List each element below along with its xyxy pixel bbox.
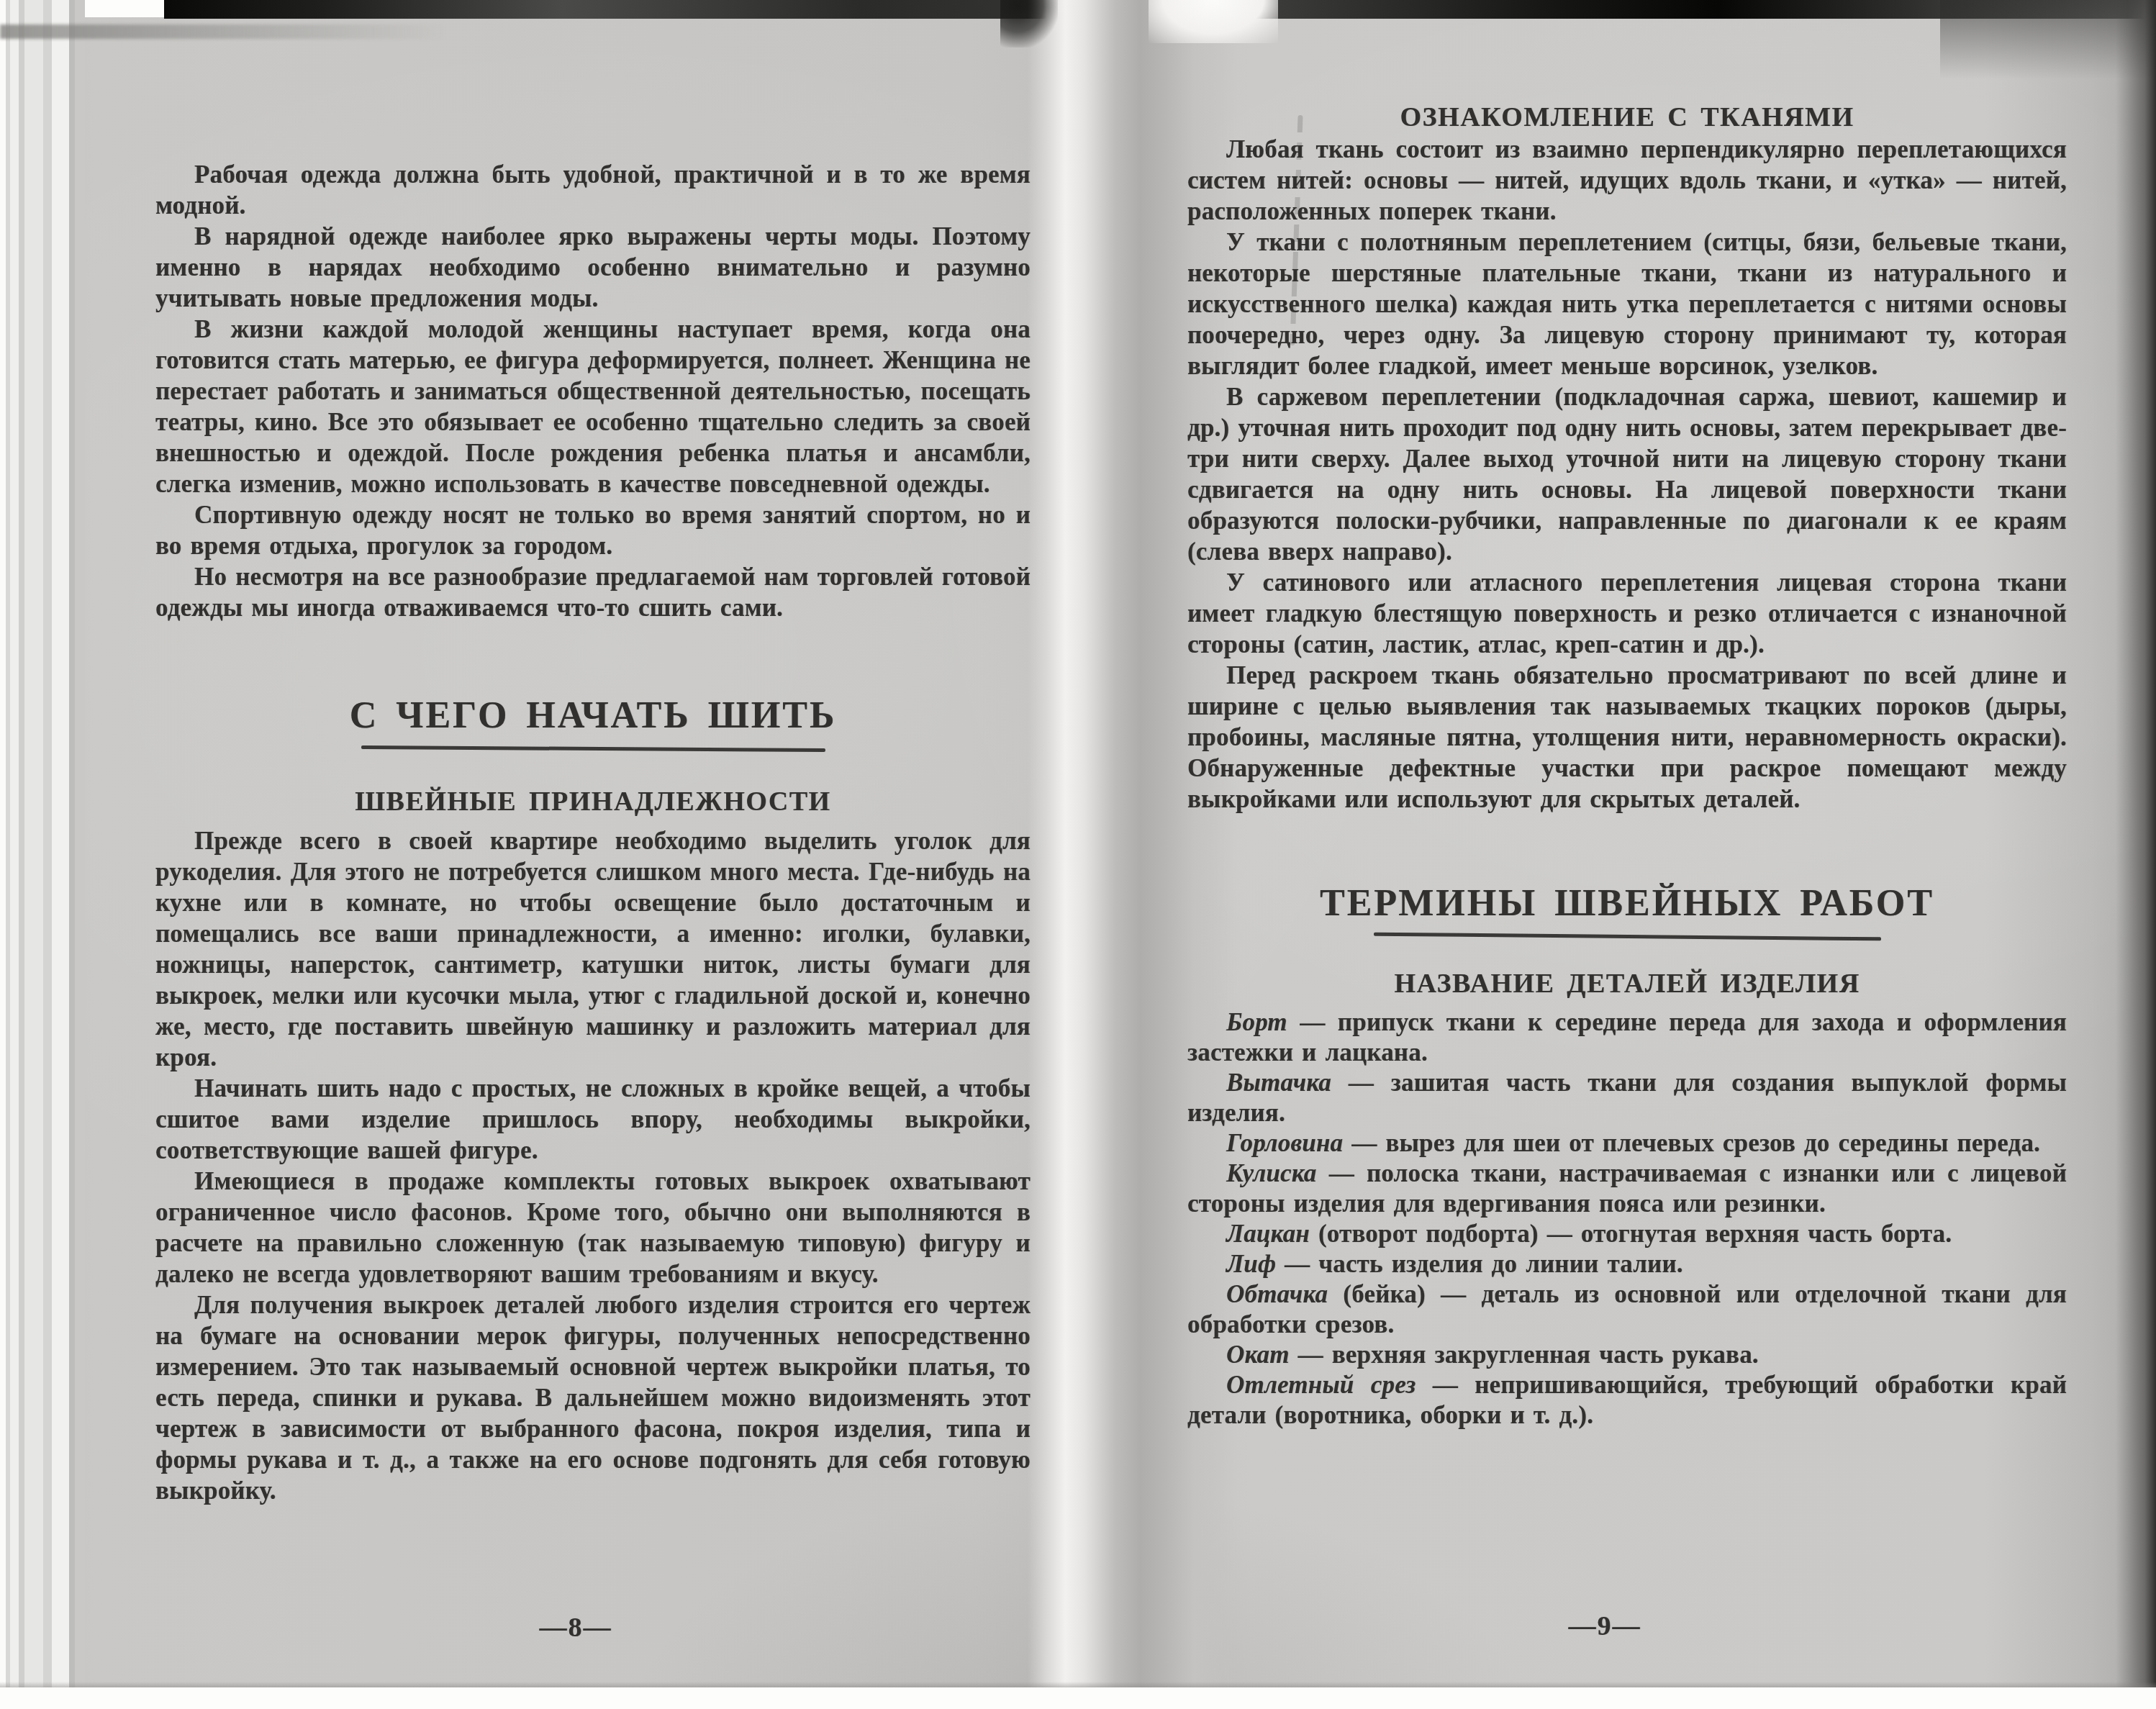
definition-term: Горловина	[1226, 1129, 1343, 1157]
paragraph: Но несмотря на все разнообразие предлага…	[155, 561, 1031, 623]
top-right-corner-shadow	[1940, 0, 2156, 79]
paragraph: Рабочая одежда должна быть удобной, прак…	[155, 159, 1031, 221]
definition-term: Кулиска	[1226, 1159, 1317, 1187]
definition-text: — верхняя закругленная часть рукава.	[1290, 1341, 1759, 1369]
paragraph: Любая ткань состоит из взаимно перпендик…	[1187, 134, 2067, 227]
subsection-heading: ШВЕЙНЫЕ ПРИНАДЛЕЖНОСТИ	[155, 785, 1031, 818]
definition-term: Лиф	[1226, 1250, 1276, 1278]
definition-text: — полоска ткани, настрачиваемая с изнанк…	[1187, 1159, 2067, 1218]
scanner-background-bottom	[0, 1687, 2156, 1709]
definition-item: Отлетный срез — непришивающийся, требующ…	[1187, 1370, 2067, 1431]
right-page: ОЗНАКОМЛЕНИЕ С ТКАНЯМИ Любая ткань состо…	[1187, 101, 2067, 1431]
definition-text: — припуск ткани к середине переда для за…	[1187, 1008, 2067, 1066]
definition-item: Лиф — часть изделия до линии талии.	[1187, 1249, 2067, 1279]
paragraph: Для получения выкроек деталей любого изд…	[155, 1289, 1031, 1506]
definition-text: — часть изделия до линии талии.	[1276, 1250, 1683, 1278]
definition-term: Обтачка	[1226, 1280, 1328, 1308]
gutter-top-highlight	[1149, 0, 1278, 43]
paragraph: Спортивную одежду носят не только во вре…	[155, 499, 1031, 561]
paragraph: В жизни каждой молодой женщины наступает…	[155, 314, 1031, 499]
definition-text: (отворот подборта) — отогнутая верхняя ч…	[1310, 1220, 1952, 1248]
right-page-edge-shadow	[2116, 0, 2156, 1709]
heading-rule	[361, 745, 825, 752]
heading-rule	[1373, 933, 1880, 941]
definition-term: Лацкан	[1226, 1220, 1310, 1248]
right-page-number: —9—	[1167, 1610, 2042, 1642]
paragraph: В нарядной одежде наиболее ярко выражены…	[155, 221, 1031, 314]
section-heading: ТЕРМИНЫ ШВЕЙНЫХ РАБОТ	[1187, 883, 2067, 925]
left-page-number: —8—	[138, 1612, 1013, 1644]
definition-item: Борт — припуск ткани к середине переда д…	[1187, 1007, 2067, 1068]
gutter-top-shadow	[1000, 0, 1058, 47]
definition-item: Лацкан (отворот подборта) — отогнутая ве…	[1187, 1219, 2067, 1249]
paragraph: Прежде всего в своей квартире необходимо…	[155, 825, 1031, 1073]
book-scan: Рабочая одежда должна быть удобной, прак…	[0, 0, 2156, 1709]
left-page: Рабочая одежда должна быть удобной, прак…	[155, 159, 1031, 1506]
definition-item: Кулиска — полоска ткани, настрачиваемая …	[1187, 1159, 2067, 1219]
definition-term: Окат	[1226, 1341, 1290, 1369]
definition-item: Обтачка (бейка) — деталь из основной или…	[1187, 1279, 2067, 1340]
chapter-heading: ОЗНАКОМЛЕНИЕ С ТКАНЯМИ	[1187, 101, 2067, 134]
paragraph: У ткани с полотняным переплетением (ситц…	[1187, 227, 2067, 381]
paragraph: В саржевом переплетении (подкладочная са…	[1187, 381, 2067, 567]
definition-term: Отлетный срез	[1226, 1371, 1416, 1399]
definition-text: — вырез для шеи от плечевых срезов до се…	[1343, 1129, 2040, 1157]
definition-term: Борт	[1226, 1008, 1287, 1036]
definition-item: Вытачка — зашитая часть ткани для создан…	[1187, 1068, 2067, 1128]
section-heading: С ЧЕГО НАЧАТЬ ШИТЬ	[155, 695, 1031, 737]
definition-item: Окат — верхняя закругленная часть рукава…	[1187, 1340, 2067, 1370]
definition-item: Горловина — вырез для шеи от плечевых ср…	[1187, 1128, 2067, 1159]
page-block-top-edge	[0, 24, 446, 39]
page-stack-edges	[0, 0, 94, 1709]
paragraph: У сатинового или атласного переплетения …	[1187, 567, 2067, 660]
paragraph: Имеющиеся в продаже комплекты готовых вы…	[155, 1166, 1031, 1289]
paragraph: Перед раскроем ткань обязательно просмат…	[1187, 660, 2067, 815]
definition-term: Вытачка	[1226, 1069, 1331, 1097]
paragraph: Начинать шить надо с простых, не сложных…	[155, 1073, 1031, 1166]
subsection-heading: НАЗВАНИЕ ДЕТАЛЕЙ ИЗДЕЛИЯ	[1187, 967, 2067, 1000]
